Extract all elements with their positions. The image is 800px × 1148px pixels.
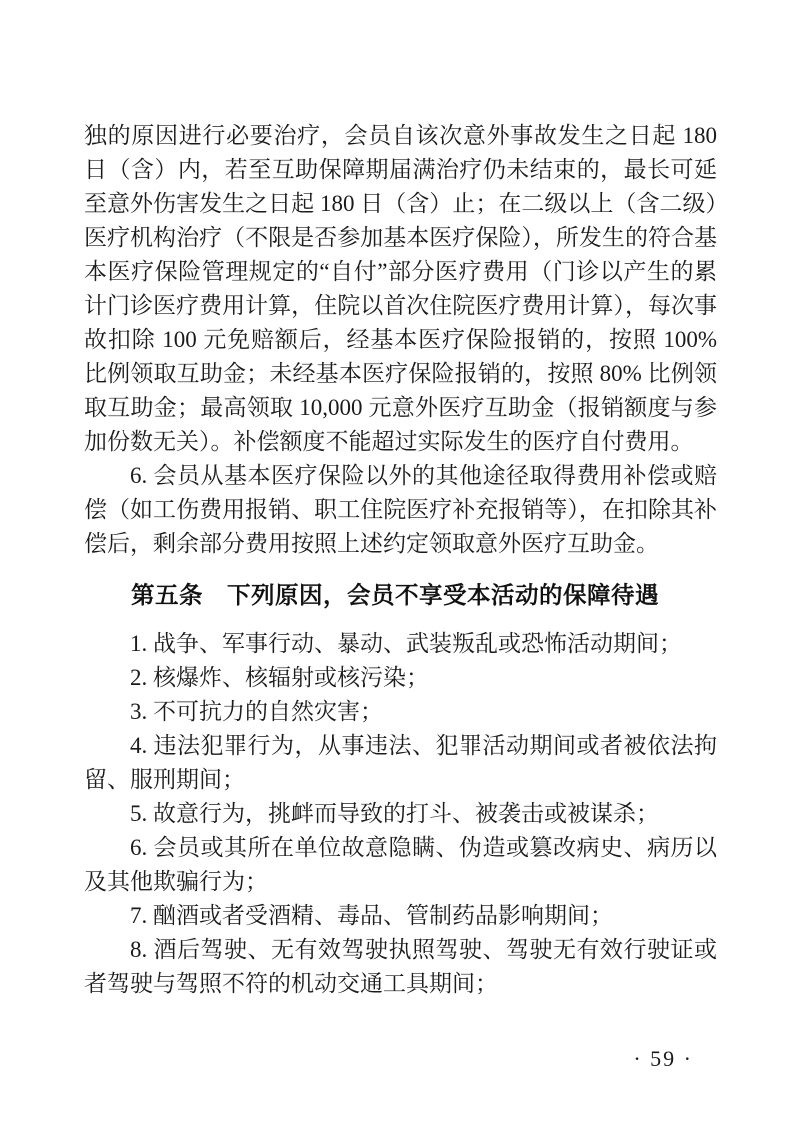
- exclusion-item-4: 4. 违法犯罪行为，从事违法、犯罪活动期间或者被依法拘留、服刑期间；: [84, 729, 717, 797]
- exclusion-item-6: 6. 会员或其所在单位故意隐瞒、伪造或篡改病史、病历以及其他欺骗行为；: [84, 831, 717, 899]
- exclusion-item-8: 8. 酒后驾驶、无有效驾驶执照驾驶、驾驶无有效行驶证或者驾驶与驾照不符的机动交通…: [84, 933, 717, 1001]
- exclusion-item-7: 7. 酗酒或者受酒精、毒品、管制药品影响期间；: [84, 899, 717, 933]
- exclusion-item-5: 5. 故意行为，挑衅而导致的打斗、被袭击或被谋杀；: [84, 797, 717, 831]
- page-number: · 59 ·: [633, 1046, 693, 1072]
- body-paragraph-continuation: 独的原因进行必要治疗，会员自该次意外事故发生之日起 180 日（含）内，若至互助…: [84, 119, 717, 459]
- exclusion-item-1: 1. 战争、军事行动、暴动、武装叛乱或恐怖活动期间；: [84, 627, 717, 661]
- section-heading-article5: 第五条 下列原因，会员不享受本活动的保障待遇: [84, 578, 717, 612]
- document-page: 独的原因进行必要治疗，会员自该次意外事故发生之日起 180 日（含）内，若至互助…: [0, 0, 800, 1148]
- exclusion-item-3: 3. 不可抗力的自然灾害；: [84, 695, 717, 729]
- body-paragraph-item6: 6. 会员从基本医疗保险以外的其他途径取得费用补偿或赔偿（如工伤费用报销、职工住…: [84, 459, 717, 561]
- text-block: 独的原因进行必要治疗，会员自该次意外事故发生之日起 180 日（含）内，若至互助…: [84, 119, 717, 1001]
- exclusion-item-2: 2. 核爆炸、核辐射或核污染；: [84, 661, 717, 695]
- exclusion-list: 1. 战争、军事行动、暴动、武装叛乱或恐怖活动期间； 2. 核爆炸、核辐射或核污…: [84, 627, 717, 1001]
